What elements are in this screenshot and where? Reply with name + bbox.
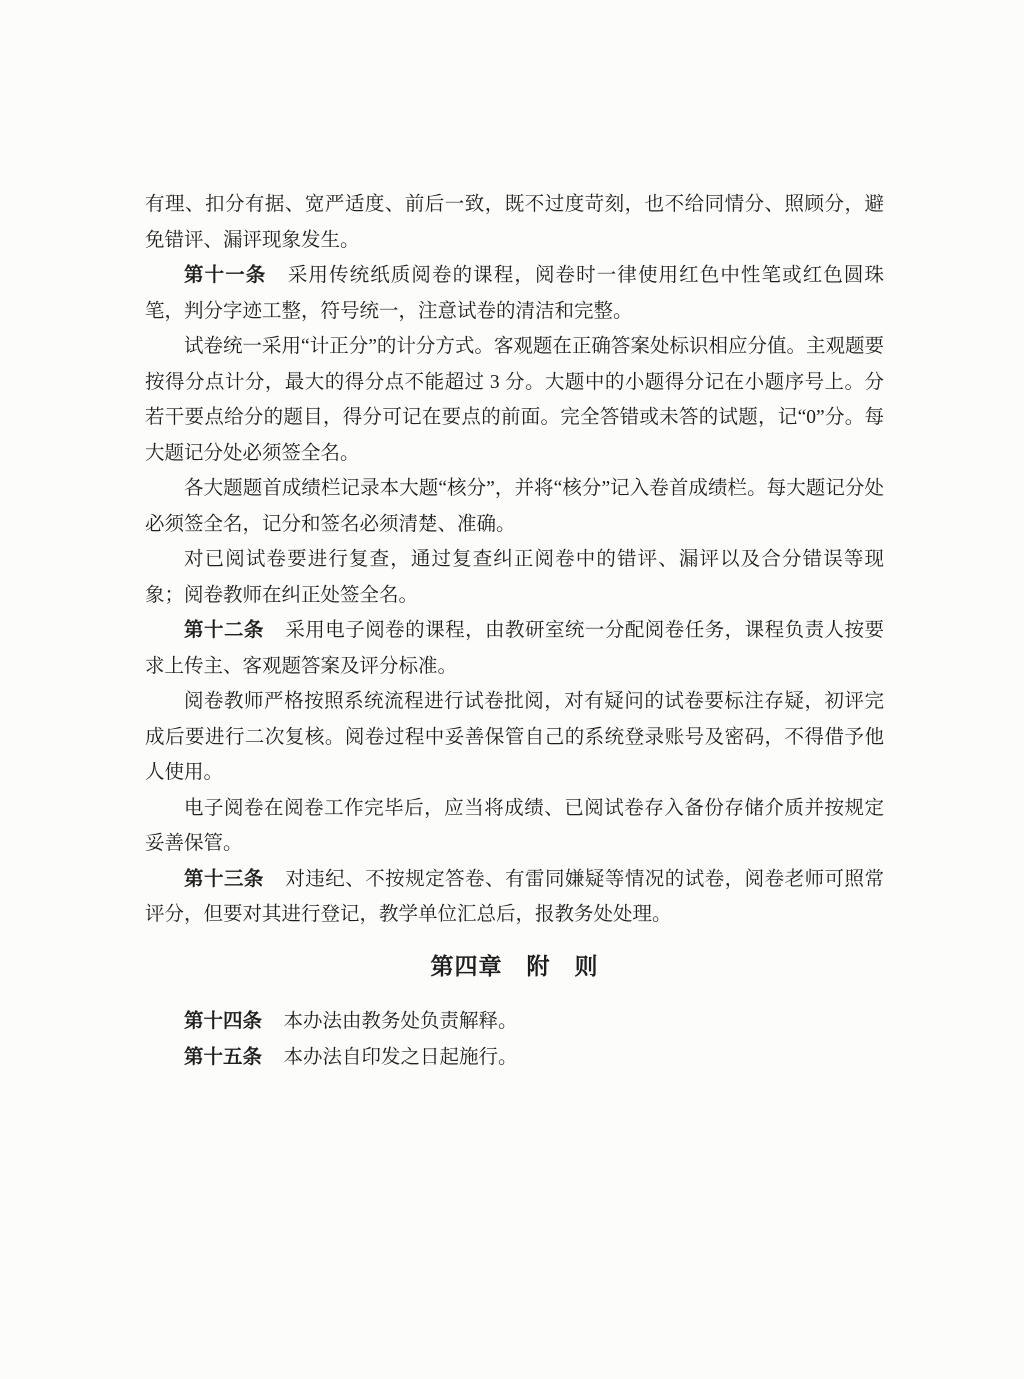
paragraph-text: 阅卷教师严格按照系统流程进行试卷批阅，对有疑问的试卷要标注存疑，初评完成后要进行…	[145, 691, 884, 783]
paragraph-article-15: 第十五条本办法自印发之日起施行。	[145, 1040, 884, 1076]
document-body: 有理、扣分有据、宽严适度、前后一致，既不过度苛刻，也不给同情分、照顾分，避免错评…	[145, 187, 884, 1075]
page: 有理、扣分有据、宽严适度、前后一致，既不过度苛刻，也不给同情分、照顾分，避免错评…	[0, 0, 1024, 1379]
paragraph-text: 电子阅卷在阅卷工作完毕后，应当将成绩、已阅试卷存入备份存储介质并按规定妥善保管。	[145, 798, 884, 855]
paragraph-text: 各大题题首成绩栏记录本大题“核分”，并将“核分”记入卷首成绩栏。每大题记分处必须…	[145, 478, 884, 535]
paragraph-text: 本办法自印发之日起施行。	[283, 1047, 517, 1068]
article-number-label: 第十五条	[184, 1047, 262, 1068]
paragraph-article-12: 第十二条采用电子阅卷的课程，由教研室统一分配阅卷任务，课程负责人按要求上传主、客…	[145, 613, 884, 684]
paragraph-text: 对已阅试卷要进行复查，通过复查纠正阅卷中的错评、漏评以及合分错误等现象；阅卷教师…	[145, 549, 884, 606]
paragraph-article-14: 第十四条本办法由教务处负责解释。	[145, 1004, 884, 1040]
paragraph: 电子阅卷在阅卷工作完毕后，应当将成绩、已阅试卷存入备份存储介质并按规定妥善保管。	[145, 791, 884, 862]
article-number-label: 第十四条	[184, 1011, 262, 1032]
paragraph-text: 本办法由教务处负责解释。	[283, 1011, 517, 1032]
paragraph-article-11: 第十一条采用传统纸质阅卷的课程，阅卷时一律使用红色中性笔或红色圆珠笔，判分字迹工…	[145, 258, 884, 329]
chapter-heading: 第四章 附 则	[145, 949, 884, 985]
paragraph-article-13: 第十三条对违纪、不按规定答卷、有雷同嫌疑等情况的试卷，阅卷老师可照常评分，但要对…	[145, 862, 884, 933]
article-number-label: 第十二条	[184, 620, 264, 641]
article-number-label: 第十三条	[184, 869, 264, 890]
paragraph: 有理、扣分有据、宽严适度、前后一致，既不过度苛刻，也不给同情分、照顾分，避免错评…	[145, 187, 884, 258]
article-number-label: 第十一条	[184, 265, 266, 286]
paragraph: 对已阅试卷要进行复查，通过复查纠正阅卷中的错评、漏评以及合分错误等现象；阅卷教师…	[145, 542, 884, 613]
paragraph-text: 试卷统一采用“计正分”的计分方式。客观题在正确答案处标识相应分值。主观题要按得分…	[145, 336, 884, 464]
paragraph: 试卷统一采用“计正分”的计分方式。客观题在正确答案处标识相应分值。主观题要按得分…	[145, 329, 884, 471]
paragraph-text: 有理、扣分有据、宽严适度、前后一致，既不过度苛刻，也不给同情分、照顾分，避免错评…	[145, 194, 884, 251]
paragraph: 阅卷教师严格按照系统流程进行试卷批阅，对有疑问的试卷要标注存疑，初评完成后要进行…	[145, 684, 884, 791]
paragraph: 各大题题首成绩栏记录本大题“核分”，并将“核分”记入卷首成绩栏。每大题记分处必须…	[145, 471, 884, 542]
